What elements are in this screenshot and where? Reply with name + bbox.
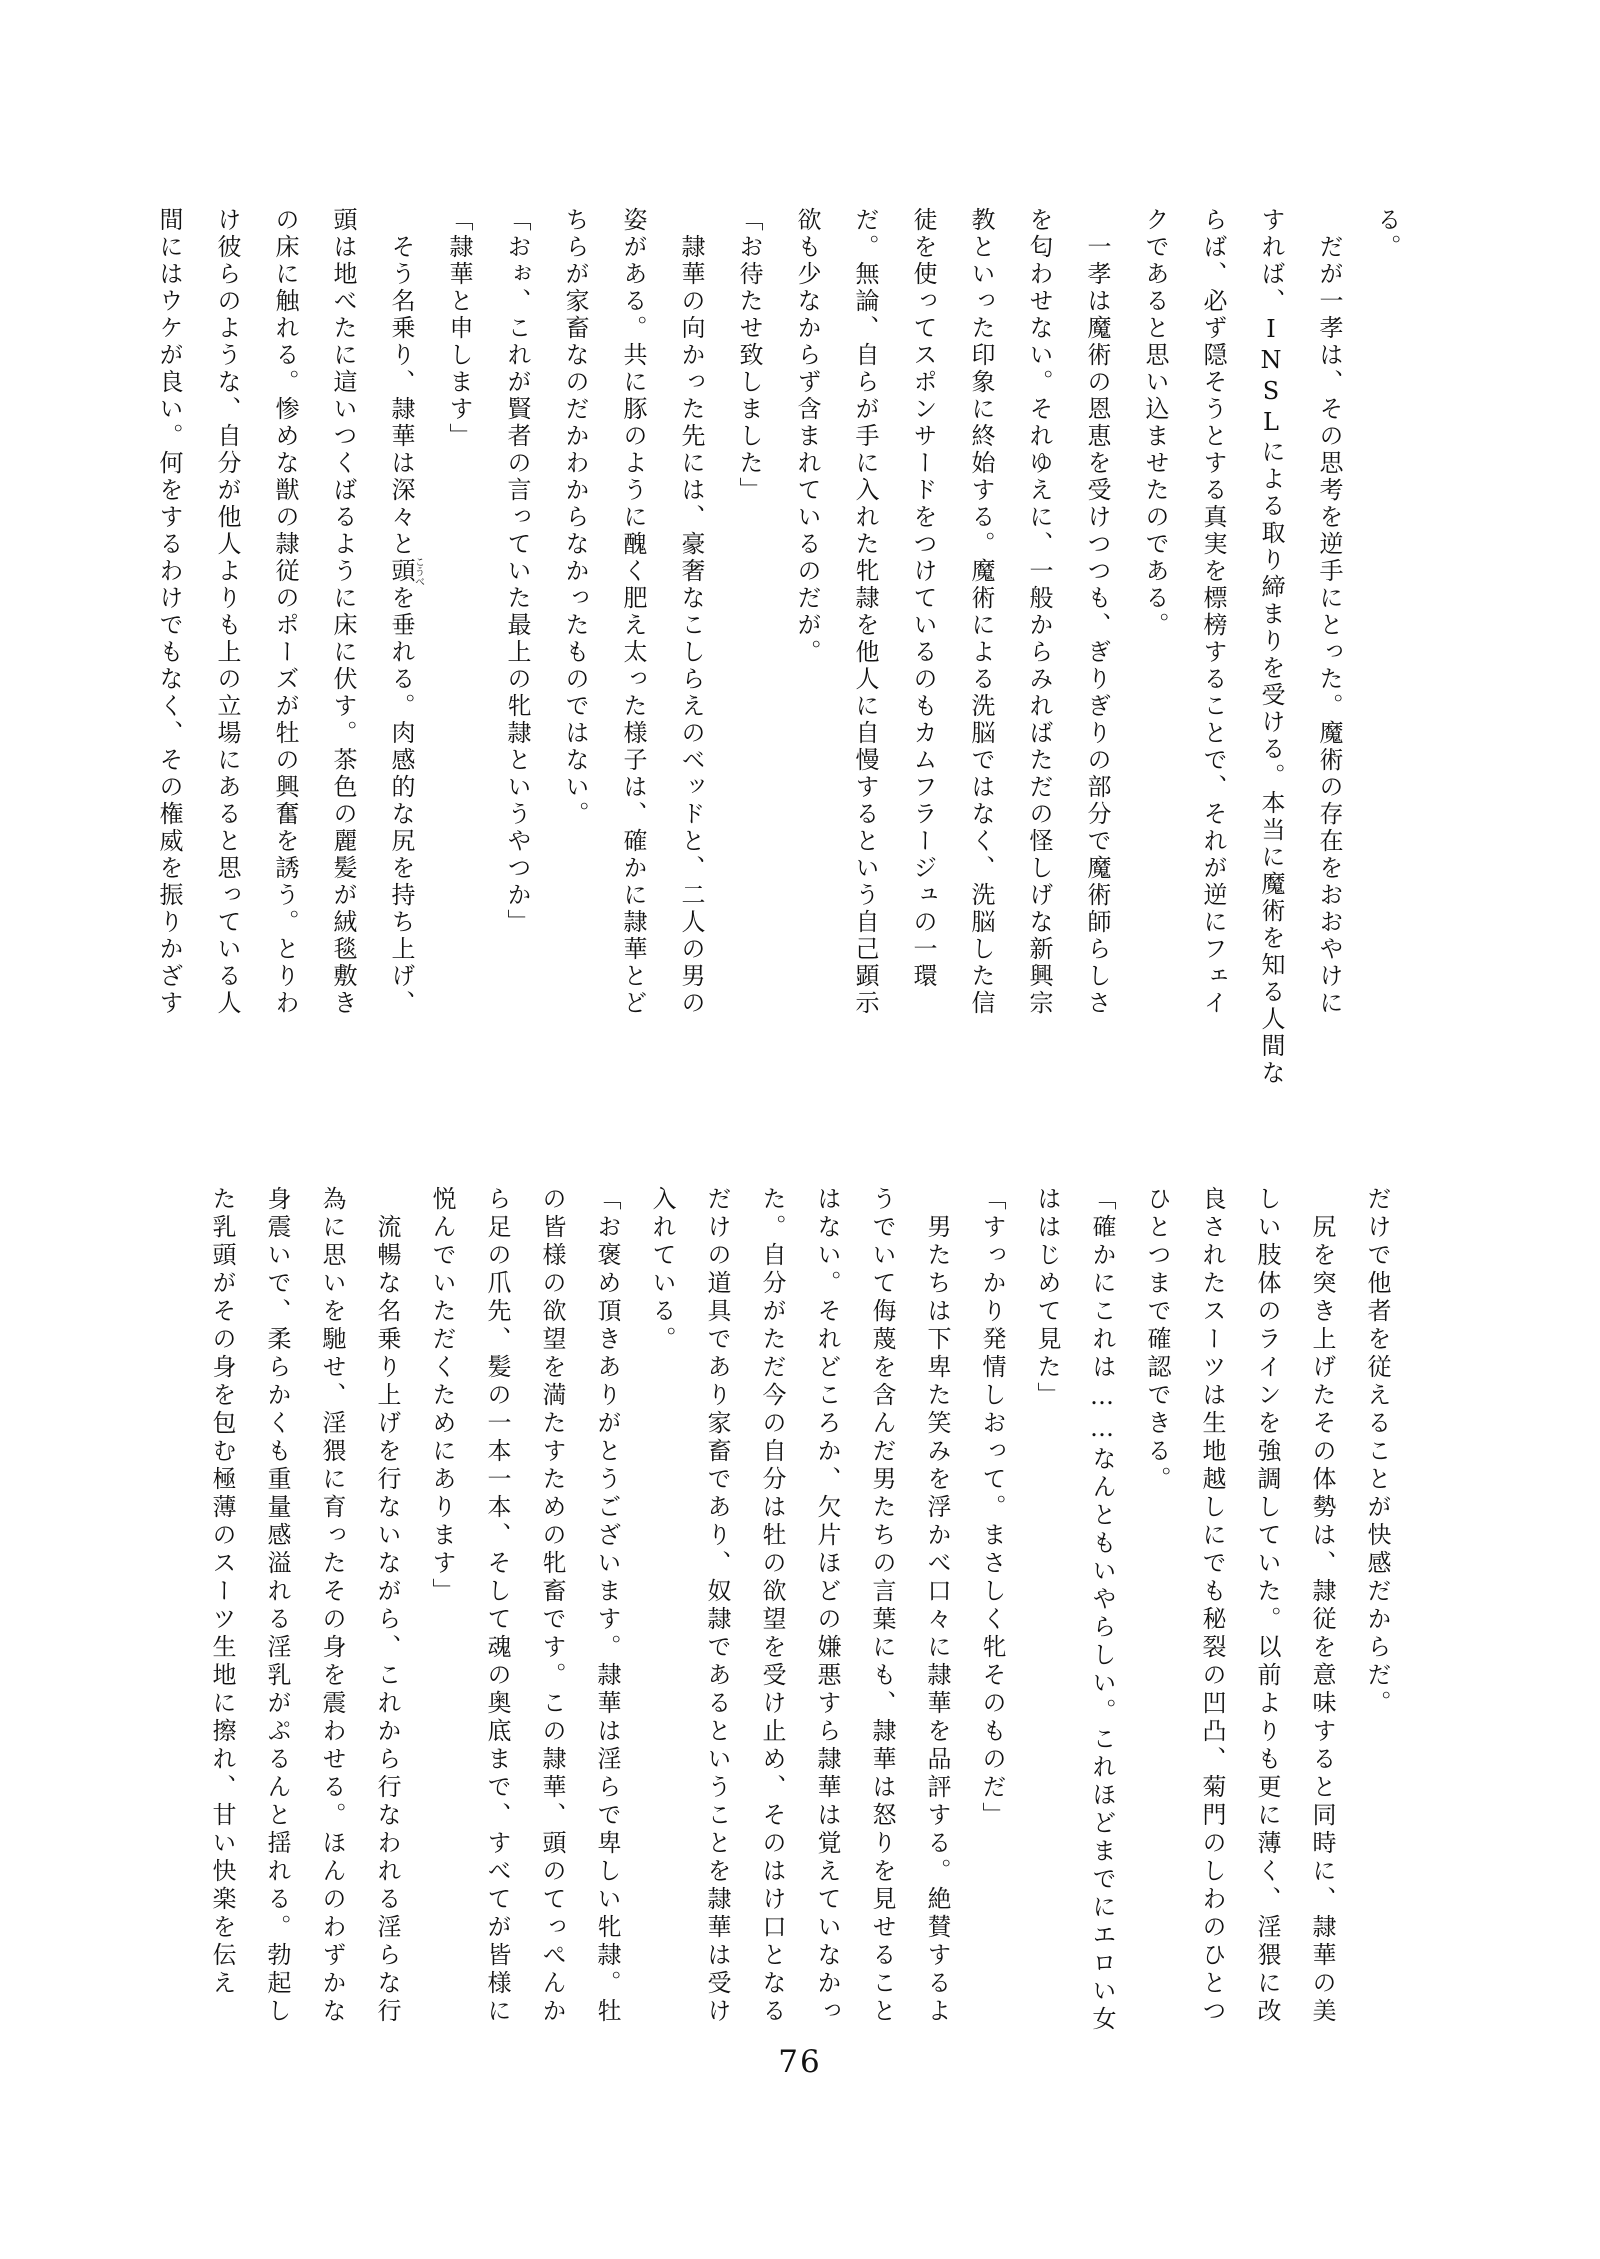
text-column: ひとつまで確認できる。 (1129, 1186, 1184, 2031)
text-column: 流暢な名乗り上げを行ないながら、これから行なわれる淫らな行 (359, 1186, 414, 2031)
page-number: 76 (0, 2044, 1600, 2080)
text-column: た乳頭がその身を包む極薄のスーツ生地に擦れ、甘い快楽を伝え (194, 1186, 249, 2031)
text-column: る。 (1358, 207, 1416, 1019)
book-page: る。 だが一孝は、その思考を逆手にとった。魔術の存在をおおやけにすれば、INSL… (0, 0, 1600, 2259)
top-block: る。 だが一孝は、その思考を逆手にとった。魔術の存在をおおやけにすれば、INSL… (140, 207, 1416, 1019)
text-column: 悦んでいただくためにあります」 (414, 1186, 469, 2031)
text-column: はない。それどころか、欠片ほどの嫌悪すら隷華は覚えていなかっ (799, 1186, 854, 2031)
text-column: 「すっかり発情しおって。まさしく牝そのものだ」 (964, 1186, 1019, 2031)
text-column: 「お待たせ致しました」 (720, 207, 778, 1019)
text-column: 「隷華と申します」 (430, 207, 488, 1019)
text-column: の皆様の欲望を満たすための牝畜です。この隷華、頭のてっぺんか (524, 1186, 579, 2031)
text-column: ははじめて見た」 (1019, 1186, 1074, 2031)
text-column: 頭は地べたに這いつくばるように床に伏す。茶色の麗髪が絨毯敷き (314, 207, 372, 1019)
text-column: すれば、INSLによる取り締まりを受ける。本当に魔術を知る人間な (1242, 207, 1300, 1019)
text-column: 隷華の向かった先には、豪奢なこしらえのベッドと、二人の男の (662, 207, 720, 1019)
text-column: だが一孝は、その思考を逆手にとった。魔術の存在をおおやけに (1300, 207, 1358, 1019)
text-column: だけの道具であり家畜であり、奴隷であるということを隷華は受け (689, 1186, 744, 2031)
text-column: そう名乗り、隷華は深々と頭こうべを垂れる。肉感的な尻を持ち上げ、 (372, 207, 430, 1019)
text-column: 姿がある。共に豚のように醜く肥え太った様子は、確かに隷華とど (604, 207, 662, 1019)
text-column: 「確かにこれは……なんともいやらしい。これほどまでにエロい女 (1074, 1186, 1129, 2031)
bottom-block: だけで他者を従えることが快感だからだ。 尻を突き上げたその体勢は、隷従を意味する… (194, 1186, 1404, 2031)
text-column: だけで他者を従えることが快感だからだ。 (1349, 1186, 1404, 2031)
text-column: 徒を使ってスポンサードをつけているのもカムフラージュの一環 (894, 207, 952, 1019)
text-column: の床に触れる。惨めな獣の隷従のポーズが牡の興奮を誘う。とりわ (256, 207, 314, 1019)
text-column: うでいて侮蔑を含んだ男たちの言葉にも、隷華は怒りを見せること (854, 1186, 909, 2031)
text-column: 為に思いを馳せ、淫猥に育ったその身を震わせる。ほんのわずかな (304, 1186, 359, 2031)
text-column: 良されたスーツは生地越しにでも秘裂の凹凸、菊門のしわのひとつ (1184, 1186, 1239, 2031)
text-column: 「お褒め頂きありがとうございます。隷華は淫らで卑しい牝隷。牡 (579, 1186, 634, 2031)
text-column: 間にはウケが良い。何をするわけでもなく、その権威を振りかざす (140, 207, 198, 1019)
text-column: らば、必ず隠そうとする真実を標榜することで、それが逆にフェイ (1184, 207, 1242, 1019)
text-column: け彼らのような、自分が他人よりも上の立場にあると思っている人 (198, 207, 256, 1019)
text-column: クであると思い込ませたのである。 (1126, 207, 1184, 1019)
text-column: 欲も少なからず含まれているのだが。 (778, 207, 836, 1019)
text-column: 「おぉ、これが賢者の言っていた最上の牝隷というやつか」 (488, 207, 546, 1019)
text-column: 一孝は魔術の恩恵を受けつつも、ぎりぎりの部分で魔術師らしさ (1068, 207, 1126, 1019)
text-column: た。自分がただ今の自分は牡の欲望を受け止め、そのはけ口となる (744, 1186, 799, 2031)
text-column: ら足の爪先、髪の一本一本、そして魂の奥底まで、すべてが皆様に (469, 1186, 524, 2031)
text-column: 教といった印象に終始する。魔術による洗脳ではなく、洗脳した信 (952, 207, 1010, 1019)
text-column: 身震いで、柔らかくも重量感溢れる淫乳がぷるんと揺れる。勃起し (249, 1186, 304, 2031)
text-column: ちらが家畜なのだかわからなかったものではない。 (546, 207, 604, 1019)
text-column: 男たちは下卑た笑みを浮かべ口々に隷華を品評する。絶賛するよ (909, 1186, 964, 2031)
text-column: 尻を突き上げたその体勢は、隷従を意味すると同時に、隷華の美 (1294, 1186, 1349, 2031)
text-column: だ。無論、自らが手に入れた牝隷を他人に自慢するという自己顕示 (836, 207, 894, 1019)
text-column: 入れている。 (634, 1186, 689, 2031)
text-column: を匂わせない。それゆえに、一般からみればただの怪しげな新興宗 (1010, 207, 1068, 1019)
text-column: しい肢体のラインを強調していた。以前よりも更に薄く、淫猥に改 (1239, 1186, 1294, 2031)
